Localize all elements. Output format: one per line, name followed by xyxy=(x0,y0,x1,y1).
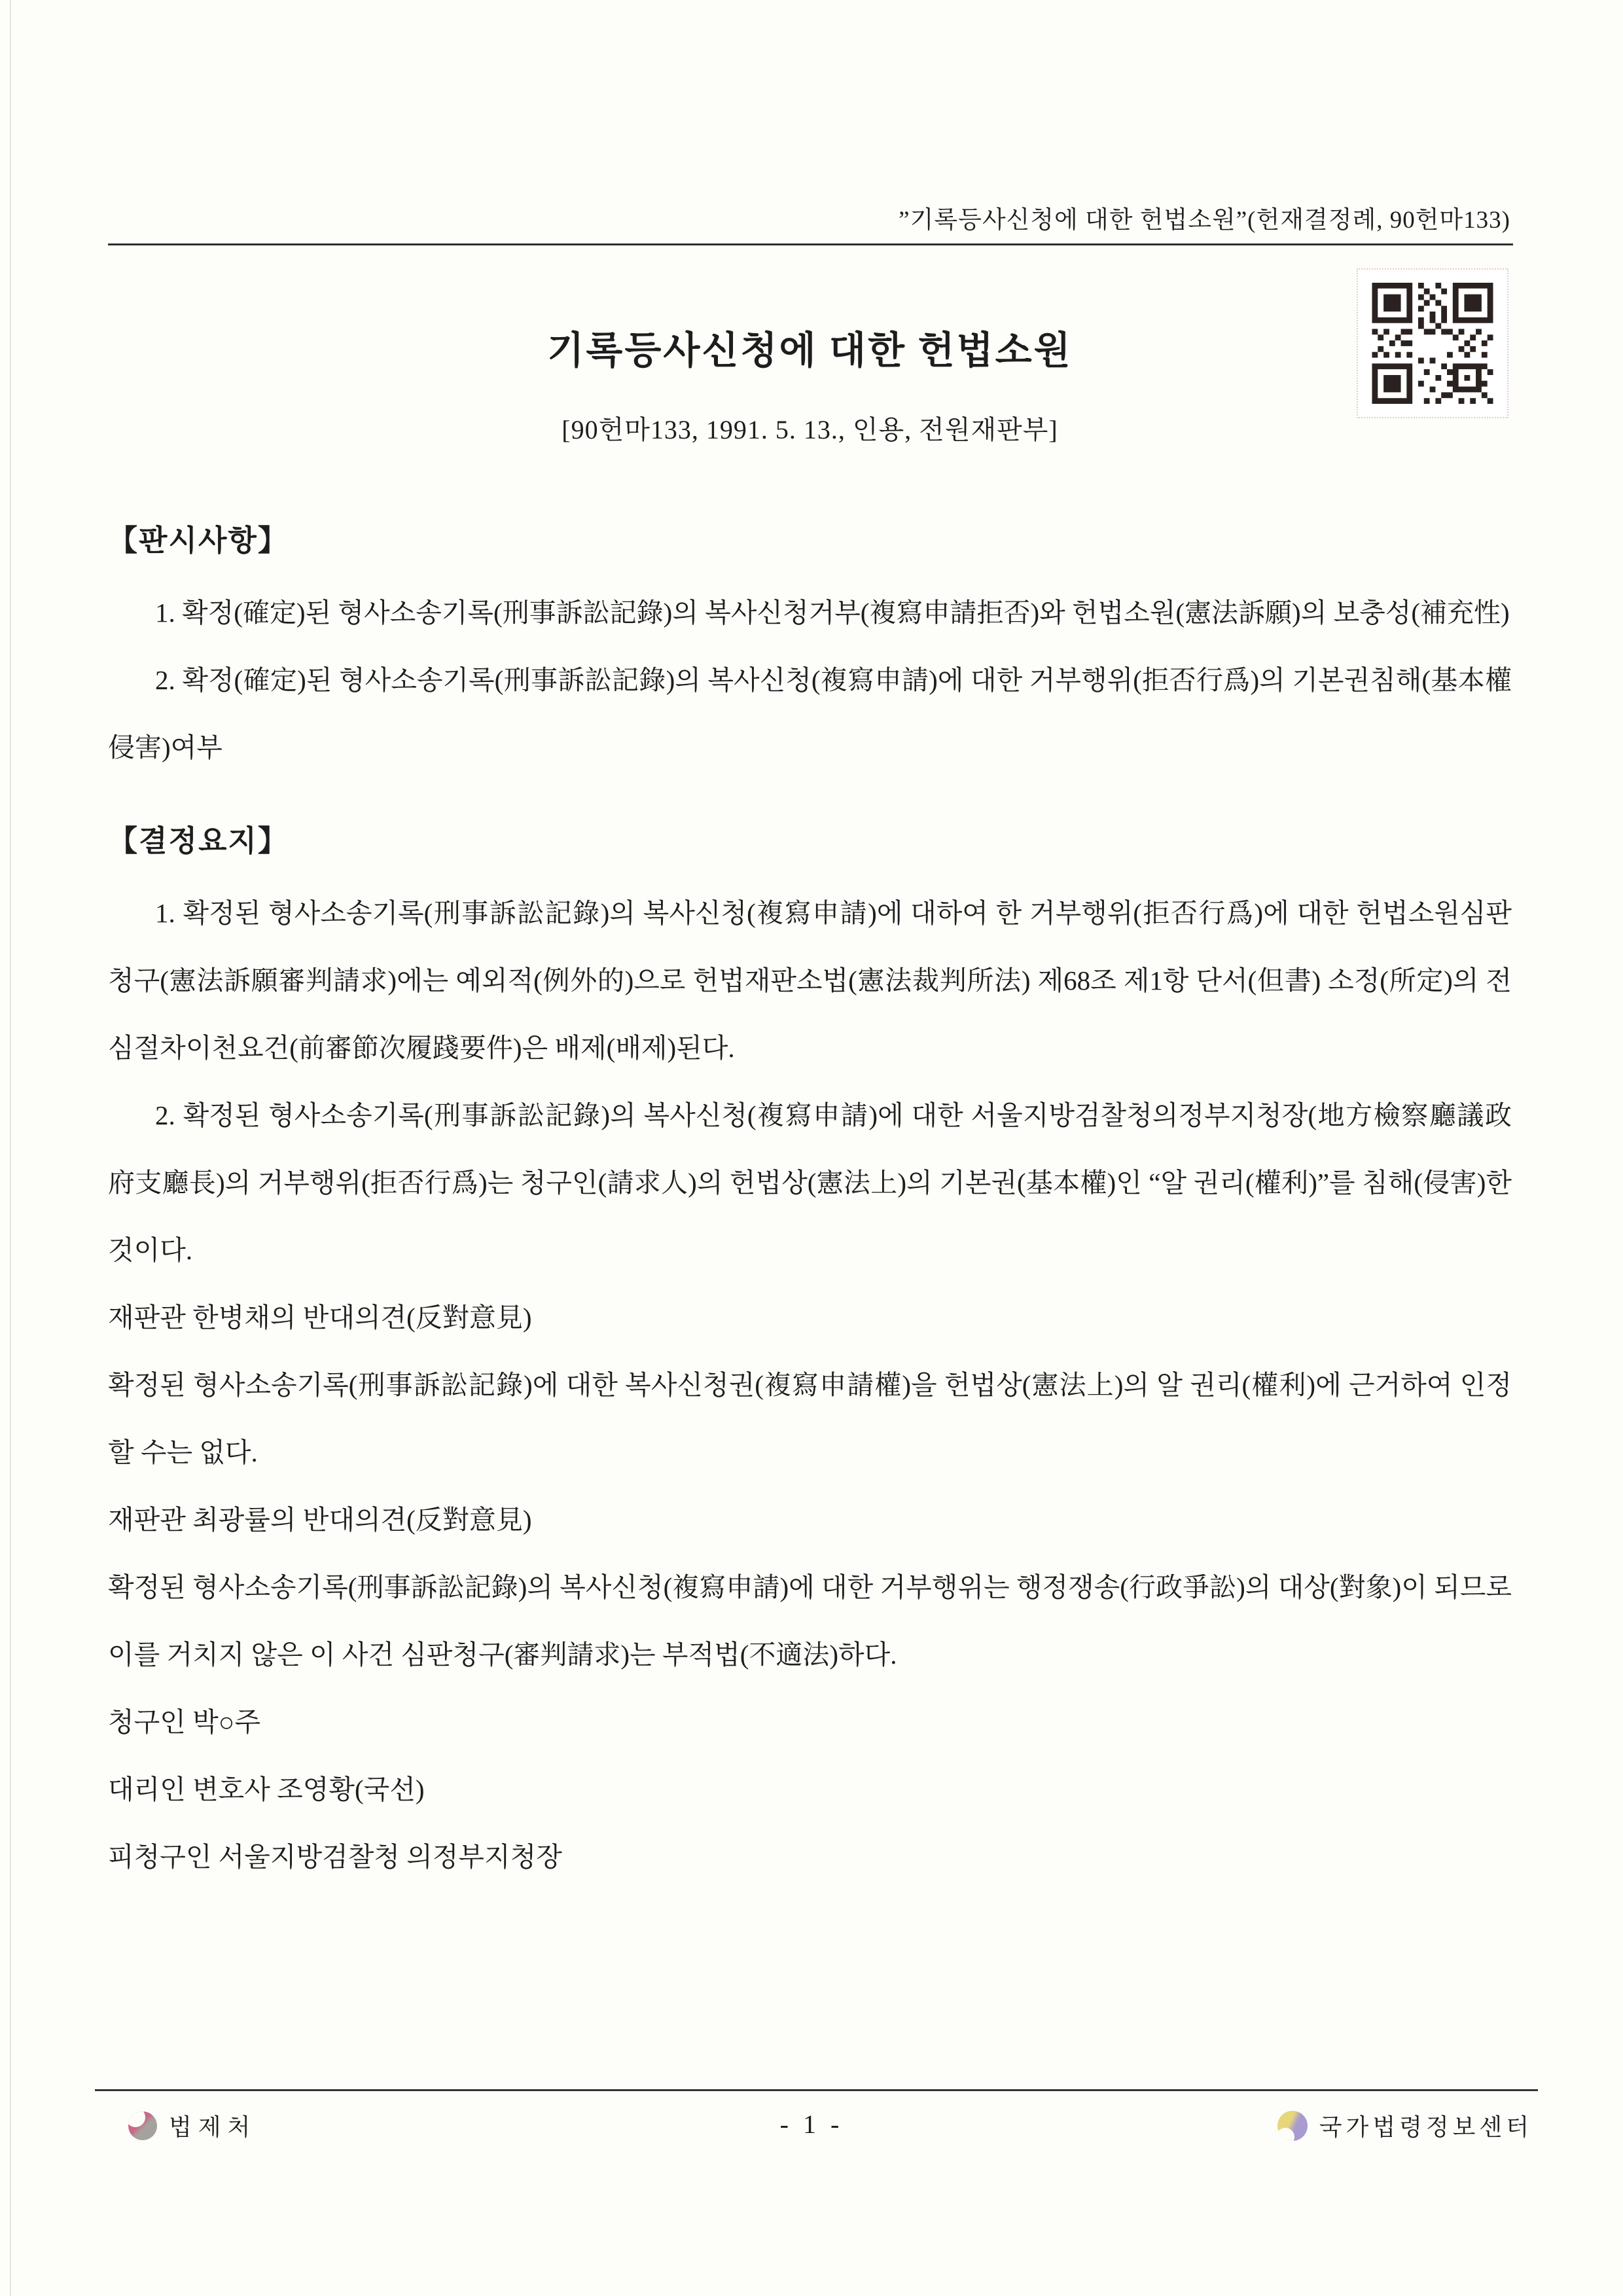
paragraph-text: 2. 확정된 형사소송기록(刑事訴訟記錄)의 복사신청(複寫申請)에 대한 서울… xyxy=(108,1100,1512,1265)
header-rule xyxy=(108,243,1513,245)
paragraph-text: 1. 확정(確定)된 형사소송기록(刑事訴訟記錄)의 복사신청거부(複寫申請拒否… xyxy=(155,598,1510,628)
page-number: - 1 - xyxy=(780,2109,844,2140)
body-paragraph: 확정된 형사소송기록(刑事訴訟記錄)의 복사신청(複寫申請)에 대한 거부행위는… xyxy=(108,1554,1512,1689)
body-paragraph: 1. 확정된 형사소송기록(刑事訴訟記錄)의 복사신청(複寫申請)에 대하여 한… xyxy=(108,880,1512,1082)
footer-source: 국가법령정보센터 xyxy=(1277,2109,1533,2142)
klic-logo-icon xyxy=(1277,2111,1308,2141)
section-heading-holdings: 【판시사항】 xyxy=(108,519,1512,562)
paragraph-text: 확정된 형사소송기록(刑事訴訟記錄)의 복사신청(複寫申請)에 대한 거부행위는… xyxy=(108,1572,1512,1670)
case-citation: [90헌마133, 1991. 5. 13., 인용, 전원재판부] xyxy=(108,409,1512,446)
paragraph-text: 2. 확정(確定)된 형사소송기록(刑事訴訟記錄)의 복사신청(複寫申請)에 대… xyxy=(108,665,1512,762)
footer-source-label: 국가법령정보센터 xyxy=(1319,2109,1533,2142)
scanned-legal-document-page: ”기록등사신청에 대한 헌법소원”(헌재결정례, 90헌마133) 기록등사신청… xyxy=(0,0,1623,2296)
paragraph-text: 피청구인 서울지방검찰청 의정부지청장 xyxy=(108,1842,562,1872)
running-header: ”기록등사신청에 대한 헌법소원”(헌재결정례, 90헌마133) xyxy=(899,200,1510,235)
section-holdings: 1. 확정(確定)된 형사소송기록(刑事訴訟記錄)의 복사신청거부(複寫申請拒否… xyxy=(108,579,1512,781)
scan-edge-artifact xyxy=(10,0,11,2296)
body-paragraph: 청구인 박○주 xyxy=(108,1689,1512,1756)
paragraph-text: 1. 확정된 형사소송기록(刑事訴訟記錄)의 복사신청(複寫申請)에 대하여 한… xyxy=(108,898,1512,1063)
body-paragraph: 피청구인 서울지방검찰청 의정부지청장 xyxy=(108,1823,1512,1891)
body-paragraph: 확정된 형사소송기록(刑事訴訟記錄)에 대한 복사신청권(複寫申請權)을 헌법상… xyxy=(108,1352,1512,1486)
body-paragraph: 대리인 변호사 조영황(국선) xyxy=(108,1756,1512,1823)
paragraph-text: 확정된 형사소송기록(刑事訴訟記錄)에 대한 복사신청권(複寫申請權)을 헌법상… xyxy=(108,1370,1512,1467)
paragraph-text: 재판관 최광률의 반대의견(反對意見) xyxy=(108,1505,531,1535)
moleg-logo-icon xyxy=(128,2111,157,2140)
paragraph-text: 청구인 박○주 xyxy=(108,1707,260,1737)
paragraph-text: 대리인 변호사 조영황(국선) xyxy=(108,1774,424,1804)
footer-publisher: 법제처 xyxy=(128,2109,257,2142)
section-summary: 1. 확정된 형사소송기록(刑事訴訟記錄)의 복사신청(複寫申請)에 대하여 한… xyxy=(108,880,1512,1891)
body-paragraph: 2. 확정된 형사소송기록(刑事訴訟記錄)의 복사신청(複寫申請)에 대한 서울… xyxy=(108,1082,1512,1284)
body-paragraph: 재판관 한병채의 반대의견(反對意見) xyxy=(108,1284,1512,1352)
section-heading-summary: 【결정요지】 xyxy=(108,819,1512,863)
qr-code-pattern xyxy=(1371,283,1494,404)
page-title: 기록등사신청에 대한 헌법소원 xyxy=(108,319,1512,374)
body-paragraph: 2. 확정(確定)된 형사소송기록(刑事訴訟記錄)의 복사신청(複寫申請)에 대… xyxy=(108,647,1512,781)
footer-rule xyxy=(95,2089,1538,2091)
document-body: 【판시사항】 1. 확정(確定)된 형사소송기록(刑事訴訟記錄)의 복사신청거부… xyxy=(108,519,1512,1891)
body-paragraph: 1. 확정(確定)된 형사소송기록(刑事訴訟記錄)의 복사신청거부(複寫申請拒否… xyxy=(108,579,1512,647)
paragraph-text: 재판관 한병채의 반대의견(反對意見) xyxy=(108,1302,531,1333)
body-paragraph: 재판관 최광률의 반대의견(反對意見) xyxy=(108,1486,1512,1554)
qr-code xyxy=(1357,268,1508,418)
footer-publisher-label: 법제처 xyxy=(169,2109,257,2142)
